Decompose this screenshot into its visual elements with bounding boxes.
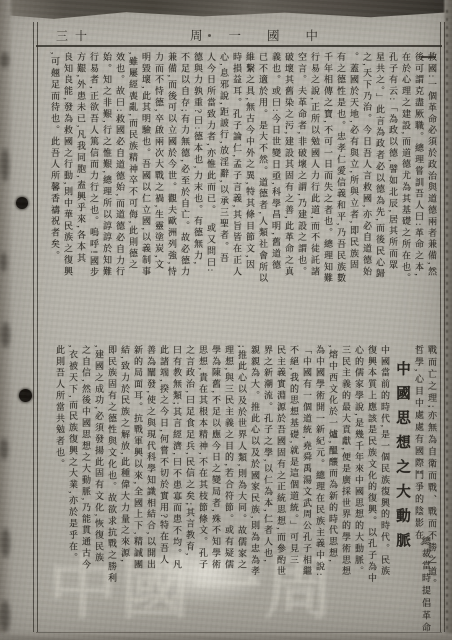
scan-smudge (1, 322, 10, 348)
text-column: 星共之。」此言為政者必以德為先,而後民心歸 (373, 52, 386, 333)
text-column: 千年相傳之寶,不可一日而失之者也。總理知難 (321, 52, 334, 333)
text-column: 兼備,而後可以立國於今世。觀夫歐洲列強,恃 (165, 52, 178, 333)
text-column: 破壞其舊染之污,建設其固有之善,此革命之真 (282, 52, 295, 333)
scan-smudge (0, 438, 8, 460)
text-column: 效也。故曰:救國必自道德始,而道德必自力行 (113, 52, 126, 333)
text-column: 此諸端,揆之今日,何嘗不切於實用?特在吾人 (157, 345, 170, 632)
text-column: ,雖屢經喪亂,而民族精神卒不可侮,此則德之 (126, 52, 139, 333)
text-column: 在於心理之建設,而道德尤為其基礎之所在也。 (399, 52, 412, 333)
frame-line-left-outer (33, 22, 34, 632)
scan-smudge (1, 528, 10, 558)
text-column: 人今日所當致力者,亦惟此而已。 或又問曰: (204, 52, 217, 333)
text-column: 理想,與三民主義之目的,若合符節。或有疑儒 (222, 345, 235, 632)
text-column: 為中國學術開一新紀元。總理在民族主義中說: (313, 345, 326, 632)
text-column: 學為陳舊,不足以應今日之變局者,殊不知學術 (209, 345, 222, 632)
header-rule (36, 45, 442, 47)
text-column: 之自信,然後中國思想之大動脈,乃能貫通古今 (79, 345, 92, 632)
text-column: 曰有教無類;其言經濟,曰不患寡而患不均。凡 (170, 345, 183, 632)
text-column: 時損益耳。孔子論仁,孟子言義,其旨皆在正人 (230, 52, 243, 333)
text-column: 界之新潮流。孔子之學,以仁為本,仁者人也, (261, 345, 274, 632)
text-column: 中國當前的時代,是一個民族復興的時代。民族 (378, 345, 391, 632)
ink-blot (16, 197, 28, 209)
scan-smudge (0, 600, 10, 632)
text-column: 之,天下乃治。今日吾人言救國,亦必自道德始 (360, 52, 373, 333)
text-column: 心,息邪說,距詖行,放淫辭,以承三聖者。吾 (217, 52, 230, 333)
scanned-journal-page: 三十 周一國中 中國一周 救國:一個革命必須於政治與道德兩者兼備,然後可謂克盡厥… (0, 0, 452, 640)
text-column: 維繫之具,無古今中外之異,特其條目節文,因 (243, 52, 256, 333)
text-column: 心的儒家學說,是幾千年來中國思想的大動脈。 (352, 345, 365, 632)
text-column: 之言政治,曰足食足兵,民信之矣;其言教育, (183, 345, 196, 632)
text-column: ;推此心以及於世界人類,則為大同。故儒家之 (235, 345, 248, 632)
ink-blot (19, 389, 32, 402)
text-column: 救國:一個革命必須於政治與道德兩者兼備,然 (425, 52, 438, 333)
text-column: ,熔中西文化於一爐,醞釀而為新的時代思想, (326, 345, 339, 632)
text-column: 孔子有云:「為政以德,譬如北辰,居其所而眾 (386, 52, 399, 333)
text-column: 三民主義的最大貢獻,便是廣採世界的學術思想 (339, 345, 352, 632)
frame-line-right-inner (440, 22, 441, 632)
text-column: 民主義實淵源於吾國固有之正統思想,而參酌世 (274, 345, 287, 632)
lower-article-title-wrap: 中國思想之大動脈 (391, 345, 412, 632)
article-title: 中國思想之大動脈 (391, 345, 412, 640)
scan-edge-bottom (0, 632, 452, 640)
scan-edge-top (0, 0, 452, 21)
upper-article-text: 救國:一個革命必須於政治與道德兩者兼備,然後可謂克盡厥職。總理嘗訓吾人曰:革命之… (46, 52, 438, 333)
text-column: 力而不恃德,卒啟兩次大戰之禍,生靈塗炭,文 (152, 52, 165, 333)
text-column: 方艱,外患未已,凡我同胞,盍興乎來,各本其 (74, 52, 87, 333)
text-column: 親親為大。推此心以及於國家民族,則為忠為孝 (248, 345, 261, 632)
text-column: 即民族固有之德性與文化也。故欲求抗戰之勝利 (105, 345, 118, 632)
text-column: 復興本質上應該是民族文化的復興。以孔子為中 (365, 345, 378, 632)
text-column: 已不適於用。是大不然。道德者,人類社會所以 (256, 52, 269, 333)
text-column: 不足以自存;有力無德,必至於自亡。故必德力 (178, 52, 191, 333)
text-column: 義也。或曰:今日世變日亟,科學昌明,舊道德 (269, 52, 282, 333)
text-column: 不絕,我的思想基礎,就是這個道統。」可見三 (287, 345, 300, 632)
text-column: ,建國之成功,必須發揚此固有文化,恢復民族 (92, 345, 105, 632)
article-attribution: 總裁當時提倡革命 (420, 536, 433, 638)
text-column: 行易者,正欲吾人篤信而力行之也。嗚呼!國步 (87, 52, 100, 333)
text-column: 始。知之非艱,行之惟艱,總理所以諄諄於知難 (100, 52, 113, 333)
text-column: 空言。夫革命者,非破壞之謂,乃建設之謂也。 (295, 52, 308, 333)
text-column: ,衣被天下,而民族復興之大業,亦於是乎在。 (66, 345, 79, 632)
text-column: 後可謂克盡厥職。總理嘗訓吾人曰:革命之本, (412, 52, 425, 333)
text-column: 有之德性是也。忠孝仁愛信義和平,乃吾民族數 (334, 52, 347, 333)
text-column: 善為闡發,使之與現代科學知識相結合,以開出 (144, 345, 157, 632)
bottom-rule (36, 632, 442, 633)
text-column: 行易之說,正所以勉國人力行此道,而不徒託諸 (308, 52, 321, 333)
text-column: 此則吾人所當共勉者也。 (53, 345, 66, 632)
text-column: 結,致力於民族之解放,此種偉大力量之來源, (118, 345, 131, 632)
journal-title: 周一國中 (190, 26, 344, 44)
frame-line-right-outer (444, 22, 445, 632)
lower-article: 戰而亡之理;亦無為自衛而戰、戰而不勝之道。哲學,心目中處處有國際鬥爭的陰影在。 … (46, 345, 438, 632)
text-column: 良知良能,發為救國之行動,則中華民族之復興 (61, 52, 74, 333)
text-column: 明毀壞,此其明驗也。吾國以仁立國,以義制事 (139, 52, 152, 333)
text-column: 「中國有一個道統,堯舜禹湯文武周公孔子相繼 (300, 345, 313, 632)
scan-smudge (0, 252, 7, 272)
scan-smudge (0, 52, 9, 68)
text-column: 新的局面耳。抗戰軍興以來,全國上下,精誠團 (131, 345, 144, 632)
ink-speck (208, 34, 211, 37)
frame-line-left-inner (37, 22, 38, 632)
scan-smudge (1, 148, 9, 182)
text-column: 。蓋國於天地,必有與立,所與立者,即民族固 (347, 52, 360, 333)
text-column: 思想,貴在其根本精神,不在其枝節條文。孔子 (196, 345, 209, 632)
text-column: 德與力孰重?曰:德本也,力末也。有德無力, (191, 52, 204, 333)
text-column: ,可翹足而待也。此吾人所馨香禱祝者矣。 (48, 52, 61, 333)
page-number: 三十 (56, 27, 94, 44)
lower-article-body-columns: 中國當前的時代,是一個民族復興的時代。民族復興本質上應該是民族文化的復興。以孔子… (53, 345, 391, 632)
